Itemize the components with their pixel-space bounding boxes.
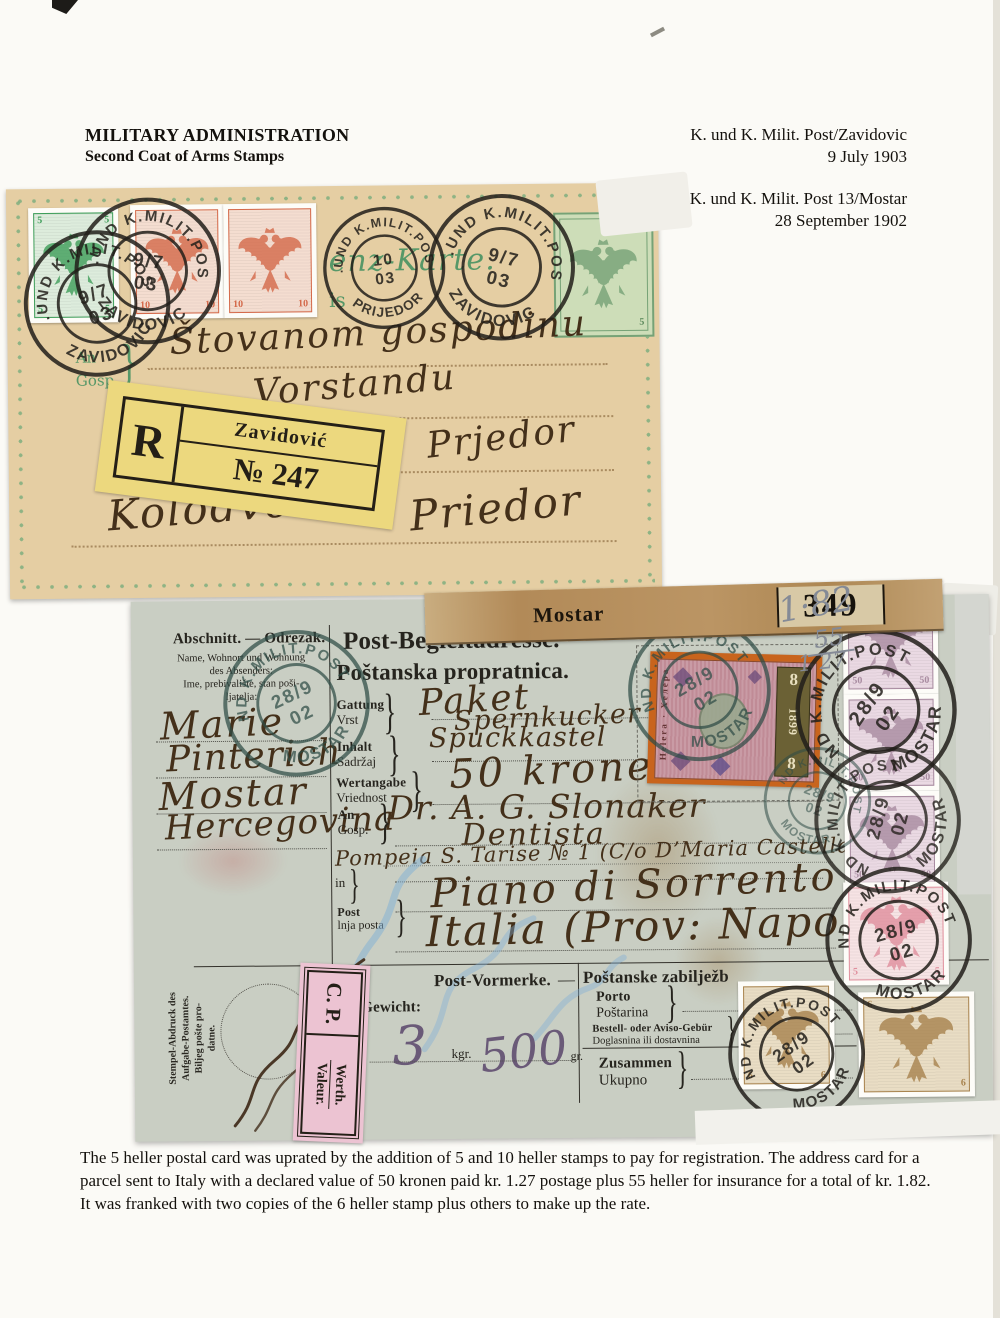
gebur-label: Bestell- oder Aviso-Gebür Doglasnina ili… xyxy=(592,1023,712,1048)
abschnitt-sub2: des Absenders: xyxy=(161,665,321,678)
werth-valeur-text: Werth. Valeur. xyxy=(302,1035,358,1134)
note-line: datne. xyxy=(205,953,219,1123)
stamp-red-10-heller-left: 10 10 xyxy=(130,204,224,319)
stamp-imprint-note: Stempel-Abdruck des Aufgabe-Postamtes. B… xyxy=(166,953,213,1123)
stamp-red-10-heller-right: 10 10 xyxy=(223,203,317,318)
pencil-addend-2: 1 27 xyxy=(797,650,848,677)
scan-dash-mark xyxy=(650,27,665,38)
vormerke-header-hr: Poštanske zabilježb xyxy=(583,967,729,987)
routing-strip-town: Mostar xyxy=(533,601,605,628)
label-inhalt-de: Inhalt xyxy=(337,740,376,755)
card-imprint-subtitle: is xyxy=(329,288,346,312)
label-gebur-de: Bestell- oder Aviso-Gebür xyxy=(592,1023,712,1036)
stamp-value: 5 xyxy=(37,216,42,226)
dotted-line xyxy=(72,540,617,548)
label-in-de: in xyxy=(335,876,345,891)
label-porto-de: Porto xyxy=(596,989,648,1005)
brace: } xyxy=(677,1045,689,1096)
ornament xyxy=(673,667,693,687)
label-an-de: An xyxy=(337,808,368,823)
abschnitt-sub3: Ime, prebivalište, stan poši- xyxy=(161,678,321,691)
form-label-gattung: Gattung Vrst xyxy=(337,698,385,728)
header-right-line2: 9 July 1903 xyxy=(595,146,907,168)
revenue-year: 1899 xyxy=(785,708,801,736)
parcel-card: Post-Begleitadresse. Poštanska propratni… xyxy=(131,594,994,1141)
page-title: MILITARY ADMINISTRATION xyxy=(85,125,349,146)
label-an-hr: Gosp. xyxy=(338,822,369,837)
cp-valeur-label: C. P. Werth. Valeur. xyxy=(293,963,371,1144)
stamp-value: 6 xyxy=(821,1071,826,1081)
stamp-lilac-50-heller-3: 50 50 xyxy=(844,791,940,889)
stamp-value: 5 xyxy=(853,967,858,977)
bottom-divider xyxy=(578,963,580,1103)
label-gattung-de: Gattung xyxy=(337,698,385,713)
stamp-value: 50 xyxy=(852,676,862,686)
stamp-value: 50 xyxy=(854,870,864,880)
album-page: MILITARY ADMINISTRATION Second Coat of A… xyxy=(0,0,1000,1318)
stamp-value: 5 xyxy=(105,304,110,314)
registration-label-frame: R Zavidović № 247 xyxy=(113,396,385,511)
werth: Werth. xyxy=(329,1060,350,1110)
stamp-value: 10 xyxy=(140,301,150,311)
stamp-value: 50 xyxy=(853,773,863,783)
label-porto-hr: Poštarina xyxy=(596,1005,648,1021)
revenue-center-oval xyxy=(698,693,749,750)
ornament xyxy=(671,751,691,771)
ornament xyxy=(711,756,731,776)
form-label-inhalt: Inhalt Sadržaj xyxy=(337,740,376,769)
vormerke-header-de: Post-Vormerke. xyxy=(434,970,551,990)
stamp-green-5-heller: 5 5 5 5 xyxy=(28,207,119,323)
form-label-in: in xyxy=(335,876,345,891)
stamp-value: 10 xyxy=(205,300,215,310)
card-imprint-title: enz-Karte. xyxy=(328,242,495,279)
gr-label: gr. xyxy=(571,1050,583,1064)
stamp-lilac-50-heller-2: 50 50 xyxy=(843,694,939,792)
handwriting-address-3: Italia (Prov: Napoli) xyxy=(425,899,890,953)
card-ornament-border-left xyxy=(13,196,27,592)
label-gattung-hr: Vrst xyxy=(337,712,385,727)
torn-paper-top xyxy=(595,171,692,236)
brace: } xyxy=(726,1010,736,1054)
brace: } xyxy=(395,893,407,944)
revenue-value-bottom: 8 xyxy=(787,754,796,774)
stamp-pink-5-heller: 5 5 xyxy=(843,882,949,986)
label-inhalt-hr: Sadržaj xyxy=(337,754,376,769)
handwriting-weight-g: 500 xyxy=(477,1024,569,1080)
registration-r: R xyxy=(116,399,184,482)
abschnitt-header: Abschnitt. — Odrezak. xyxy=(173,629,453,648)
stamp-value: 10 xyxy=(233,300,243,310)
header-right-line1: K. und K. Milit. Post/Zavidovic xyxy=(595,124,907,146)
vormerke-dash: — xyxy=(558,970,575,989)
ornament xyxy=(748,670,762,684)
revenue-value-panel: 8 1899 8 xyxy=(774,667,811,778)
cp-text: C. P. xyxy=(306,972,361,1037)
postal-card: enz-Karte. is 5 5 5 5 10 10 10 10 xyxy=(6,183,662,600)
stamp-value: 50 xyxy=(921,870,931,880)
torn-paper-bottom-right xyxy=(695,1100,1000,1145)
stamp-value: 5 xyxy=(935,967,940,977)
form-label-an: An Gosp. xyxy=(337,808,368,837)
handwriting-destination-1: Prjedor xyxy=(425,412,578,465)
stamp-value: 6 xyxy=(867,1000,872,1010)
card-ornament-border-top xyxy=(13,190,651,207)
label-zusammen-de: Zusammen xyxy=(599,1055,672,1072)
page-subtitle: Second Coat of Arms Stamps xyxy=(85,148,284,166)
revenue-side-text: Helera · Хелера xyxy=(658,668,670,761)
stamp-value: 10 xyxy=(298,299,308,309)
zusammen-label: Zusammen Ukupno xyxy=(599,1055,673,1089)
stamp-value: 50 xyxy=(919,676,929,686)
label-gebur-hr: Doglasnina ili dostavnina xyxy=(592,1034,712,1047)
revenue-stamp-8-heller: Helera · Хелера 8 1899 8 xyxy=(647,651,822,787)
backing-paper-strip xyxy=(955,594,992,894)
abschnitt-sub1: Name, Wohnort und Wohnung xyxy=(161,652,321,665)
exhibit-caption: The 5 heller postal card was uprated by … xyxy=(80,1146,932,1215)
handwriting-destination-2: Priedor xyxy=(408,479,584,538)
stamp-value: 6 xyxy=(748,1071,753,1081)
valeur: Valeur. xyxy=(311,1063,330,1106)
form-label-post: Post lnja posta xyxy=(337,906,384,933)
label-post-hr: lnja posta xyxy=(337,919,383,933)
stamp-value: 5 xyxy=(639,318,644,328)
porto-label: Porto Poštarina xyxy=(596,989,648,1021)
revenue-value-top: 8 xyxy=(789,670,798,690)
label-zusammen-hr: Ukupno xyxy=(599,1072,672,1089)
stamp-brown-6-heller-right: 6 6 xyxy=(858,991,975,1097)
stamp-brown-6-heller-left: 6 6 xyxy=(738,981,835,1090)
printed-an-label: An xyxy=(76,348,97,366)
stamp-value: 5 xyxy=(38,305,43,315)
stamp-value: 50 xyxy=(920,773,930,783)
stamp-value: 5 xyxy=(104,215,109,225)
header-right-block-1: K. und K. Milit. Post/Zavidovic 9 July 1… xyxy=(595,124,907,168)
scan-corner-mark xyxy=(52,0,78,14)
stamp-value: 6 xyxy=(961,1078,966,1088)
svg-text:02: 02 xyxy=(286,700,317,730)
handwriting-weight-kg: 3 xyxy=(392,1019,427,1073)
svg-text:02: 02 xyxy=(803,799,825,819)
kgr-label: kgr. xyxy=(452,1047,472,1062)
